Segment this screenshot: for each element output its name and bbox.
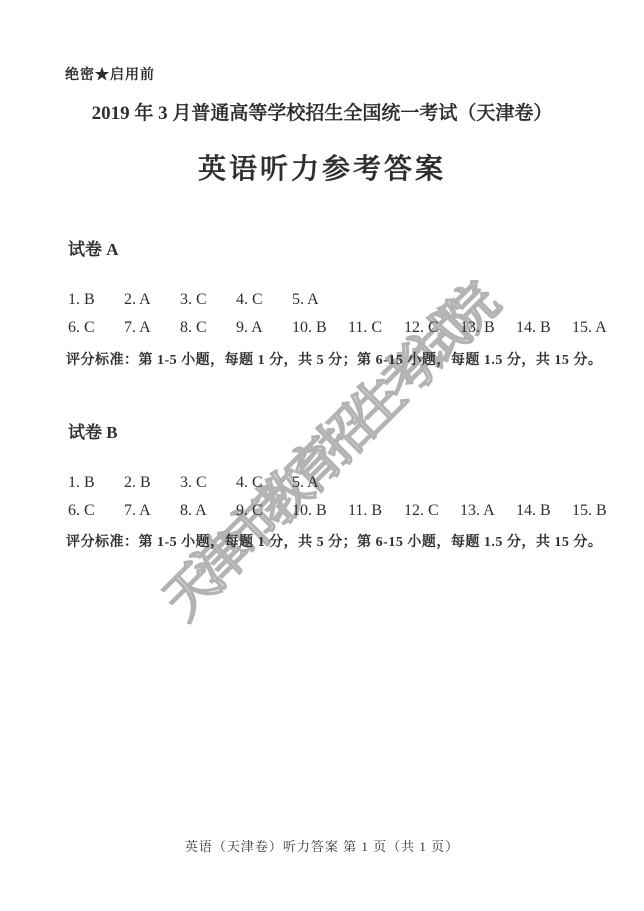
answer-item: 9. C [236,500,288,522]
answer-item: 5. A [292,472,344,494]
answer-item: 11. B [348,500,400,522]
answer-item: 2. A [124,289,176,311]
section-paper-a: 试卷 A 1. B 2. A 3. C 4. C 5. A 6. C 7. A … [0,238,644,371]
answer-item: 12. C [404,317,456,339]
answer-item: 9. A [236,317,288,339]
answer-item: 10. B [292,317,344,339]
answer-item: 4. C [236,289,288,311]
answer-item: 6. C [68,500,120,522]
page-footer: 英语（天津卷）听力答案 第 1 页（共 1 页） [0,836,644,855]
answer-item: 2. B [124,472,176,494]
answer-item: 14. B [516,500,568,522]
paper-a-scoring-criteria: 评分标准：第 1-5 小题，每题 1 分，共 5 分；第 6-15 小题，每题 … [66,351,644,371]
answer-item: 1. B [68,472,120,494]
document-content: 绝密★启用前 2019 年 3 月普通高等学校招生全国统一考试（天津卷） 英语听… [0,0,644,554]
answer-item: 15. A [572,317,624,339]
answer-item: 15. B [572,500,624,522]
answer-item: 13. A [460,500,512,522]
answer-item: 6. C [68,317,120,339]
answer-item: 8. A [180,500,232,522]
paper-b-answers-row-2: 6. C 7. A 8. A 9. C 10. B 11. B 12. C 13… [68,500,644,522]
paper-b-scoring-criteria: 评分标准：第 1-5 小题，每题 1 分，共 5 分；第 6-15 小题，每题 … [66,533,644,553]
exam-title: 2019 年 3 月普通高等学校招生全国统一考试（天津卷） [0,101,644,128]
answer-item: 3. C [180,472,232,494]
answer-item: 12. C [404,500,456,522]
paper-b-title: 试卷 B [68,421,644,445]
answer-key-page: 天津市教育招生考试院 绝密★启用前 2019 年 3 月普通高等学校招生全国统一… [0,0,644,911]
answer-item: 7. A [124,500,176,522]
answer-item: 14. B [516,317,568,339]
classification-label: 绝密★启用前 [65,0,644,84]
section-paper-b: 试卷 B 1. B 2. B 3. C 4. C 5. A 6. C 7. A … [0,421,644,554]
answer-item: 3. C [180,289,232,311]
answer-item: 11. C [348,317,400,339]
paper-a-answers-row-2: 6. C 7. A 8. C 9. A 10. B 11. C 12. C 13… [68,317,644,339]
answer-item: 7. A [124,317,176,339]
paper-a-answers-row-1: 1. B 2. A 3. C 4. C 5. A [68,289,644,311]
paper-a-title: 试卷 A [68,238,644,262]
answer-item: 5. A [292,289,344,311]
paper-b-answers-row-1: 1. B 2. B 3. C 4. C 5. A [68,472,644,494]
answer-item: 8. C [180,317,232,339]
answer-item: 13. B [460,317,512,339]
document-title: 英语听力参考答案 [0,152,644,188]
answer-item: 10. B [292,500,344,522]
answer-item: 1. B [68,289,120,311]
answer-item: 4. C [236,472,288,494]
